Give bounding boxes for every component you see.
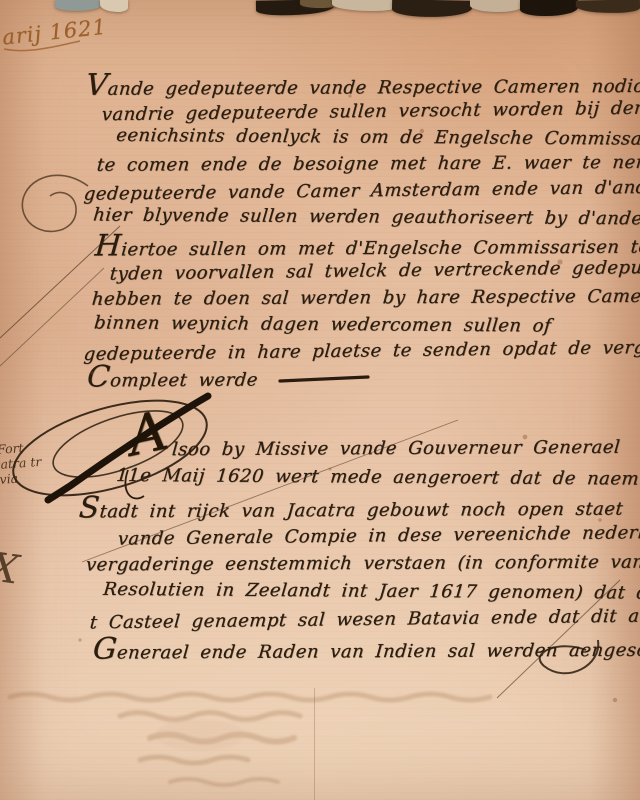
torn-edge-fragment — [392, 0, 472, 18]
fold-line — [314, 688, 315, 800]
manuscript-line: Generael ende Raden van Indien sal werde… — [92, 634, 640, 665]
torn-edge-fragment — [332, 0, 394, 11]
manuscript-line: hebben te doen sal werden by hare Respec… — [91, 284, 640, 312]
manuscript-line: vande Generale Compie in dese vereenichd… — [117, 520, 640, 551]
manuscript-line: Compleet werde — [86, 365, 259, 394]
manuscript-line: 11e Maij 1620 wert mede aengeroert dat d… — [115, 464, 640, 492]
torn-edge-fragment — [55, 0, 101, 11]
manuscript-page: arij 1621 Vande gedeputeerde vande Respe… — [0, 0, 640, 800]
manuscript-line: gedeputeerde vande Camer Amsterdam ende … — [83, 175, 640, 207]
manuscript-line: lsoo by Missive vande Gouverneur Generae… — [171, 436, 621, 462]
header-date: arij 1621 — [1, 15, 108, 50]
margin-spiral-flourish — [22, 175, 88, 231]
torn-edge-fragment — [520, 0, 578, 16]
torn-edge-fragment — [100, 0, 128, 12]
manuscript-line: Resolutien in Zeelandt int Jaer 1617 gen… — [102, 578, 640, 606]
end-dash — [280, 377, 368, 381]
manuscript-line: binnen weynich dagen wedercomen sullen o… — [93, 311, 552, 338]
manuscript-line: t Casteel genaempt sal wesen Batavia end… — [89, 605, 640, 636]
margin-x-mark: X — [0, 544, 22, 594]
marginal-note-line: tavia — [0, 467, 67, 488]
torn-edge-fragment — [576, 0, 640, 14]
manuscript-line: eenichsints doenlyck is om de Engelsche … — [115, 124, 640, 152]
marginal-note: u Fort acatra tr tavia — [0, 437, 67, 487]
torn-edge-fragment — [470, 0, 522, 12]
manuscript-line: Stadt int rijck van Jacatra gebouwt noch… — [78, 494, 625, 525]
manuscript-line: gedeputeerde in hare plaetse te senden o… — [83, 335, 640, 367]
manuscript-line: te comen ende de besoigne met hare E. wa… — [96, 150, 640, 178]
decorated-initial: A — [122, 399, 173, 469]
manuscript-line: hier blyvende sullen werden geauthorisee… — [92, 204, 640, 233]
manuscript-line: vergaderinge eenstemmich verstaen (in co… — [85, 551, 640, 578]
